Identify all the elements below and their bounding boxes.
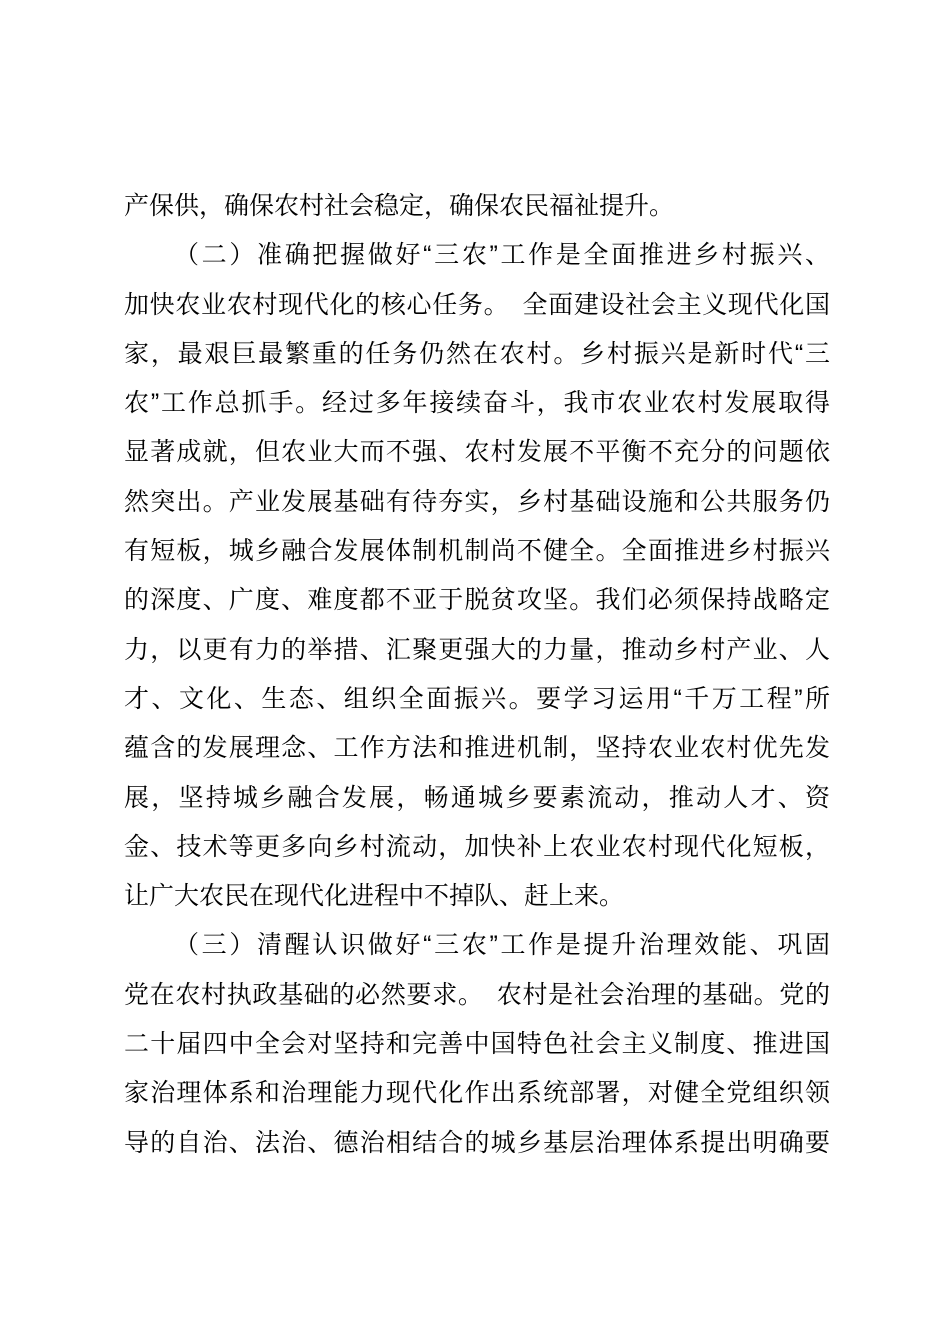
text-line: 产保供，确保农村社会稳定，确保农民福祉提升。 (124, 182, 830, 231)
text-line: 展，坚持城乡融合发展，畅通城乡要素流动，推动人才、资 (124, 774, 830, 823)
text-line: 的深度、广度、难度都不亚于脱贫攻坚。我们必须保持战略定 (124, 576, 830, 625)
text-line: 二十届四中全会对坚持和完善中国特色社会主义制度、推进国 (124, 1020, 830, 1069)
text-line: 导的自治、法治、德治相结合的城乡基层治理体系提出明确要 (124, 1119, 830, 1168)
text-line: 金、技术等更多向乡村流动，加快补上农业农村现代化短板， (124, 823, 830, 872)
text-line: 有短板，城乡融合发展体制机制尚不健全。全面推进乡村振兴 (124, 527, 830, 576)
text-line: （三）清醒认识做好“三农”工作是提升治理效能、巩固 (124, 921, 830, 970)
text-line: 蕴含的发展理念、工作方法和推进机制，坚持农业农村优先发 (124, 724, 830, 773)
text-line: 力，以更有力的举措、汇聚更强大的力量，推动乡村产业、人 (124, 626, 830, 675)
text-line: 加快农业农村现代化的核心任务。 全面建设社会主义现代化国 (124, 281, 830, 330)
text-line: 然突出。产业发展基础有待夯实，乡村基础设施和公共服务仍 (124, 478, 830, 527)
text-line: 才、文化、生态、组织全面振兴。要学习运用“千万工程”所 (124, 675, 830, 724)
text-line: 农”工作总抓手。经过多年接续奋斗，我市农业农村发展取得 (124, 379, 830, 428)
document-page: 产保供，确保农村社会稳定，确保农民福祉提升。（二）准确把握做好“三农”工作是全面… (0, 0, 950, 1344)
text-block: 产保供，确保农村社会稳定，确保农民福祉提升。（二）准确把握做好“三农”工作是全面… (124, 182, 830, 1168)
text-line: 党在农村执政基础的必然要求。 农村是社会治理的基础。党的 (124, 971, 830, 1020)
text-line: 家，最艰巨最繁重的任务仍然在农村。乡村振兴是新时代“三 (124, 330, 830, 379)
text-line: 让广大农民在现代化进程中不掉队、赶上来。 (124, 872, 830, 921)
text-line: 家治理体系和治理能力现代化作出系统部署，对健全党组织领 (124, 1069, 830, 1118)
text-line: 显著成就，但农业大而不强、农村发展不平衡不充分的问题依 (124, 428, 830, 477)
text-line: （二）准确把握做好“三农”工作是全面推进乡村振兴、 (124, 231, 830, 280)
